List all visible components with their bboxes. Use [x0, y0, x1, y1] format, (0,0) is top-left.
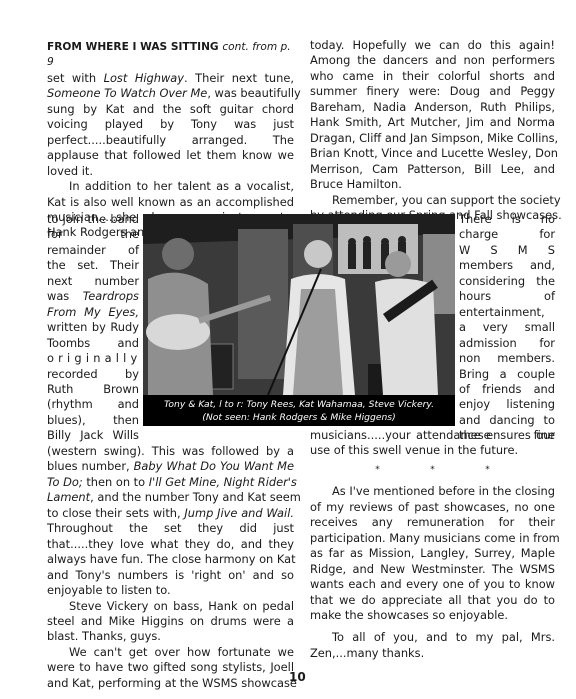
text-line: Bruce Hamilton.: [310, 177, 555, 192]
text-line: loved it.: [47, 164, 294, 179]
text-line: was Teardrops: [47, 289, 139, 304]
text-line: Merrison, Cam Patterson, Bill Lee, and: [310, 162, 555, 177]
text-line: recorded by: [47, 367, 139, 382]
left-column: FROM WHERE I WAS SITTING cont. from p. 9…: [47, 40, 294, 241]
text-line: voicing played by Tony was just: [47, 117, 294, 132]
text-line: To all of you, and to my pal, Mrs.: [310, 630, 555, 645]
text-line: were to have two gifted song stylists, J…: [47, 660, 294, 675]
right-column: today. Hopefully we can do this again! A…: [310, 38, 555, 223]
text-line: of my reviews of past showcases, no one: [310, 500, 555, 515]
text-line: summer finery were: Doug and Peggy: [310, 84, 555, 99]
text-line: entertainment,: [459, 305, 555, 320]
text-line: Brian Knott, Vince and Lucette Wesley, D…: [310, 146, 555, 161]
text-line: and dancing to: [459, 413, 555, 428]
text-line: From My Eyes,: [47, 305, 139, 320]
text-line: blues), then: [47, 413, 139, 428]
right-wrap-text: There is no charge for W S M S members a…: [459, 212, 555, 444]
left-para-1: set with Lost Highway. Their next tune, …: [47, 71, 294, 179]
text-line: We can't get over how fortunate we: [47, 645, 294, 660]
text-line: Someone To Watch Over Me, was beautifull…: [47, 86, 294, 101]
song-title: To Do;: [47, 475, 83, 489]
caption-line: (Not seen: Hank Rodgers & Mike Higgens): [143, 411, 455, 424]
text-line: (rhythm and: [47, 397, 139, 412]
text-line: Remember, you can support the society: [310, 193, 555, 208]
text-line: a very small: [459, 320, 555, 335]
article-heading: FROM WHERE I WAS SITTING cont. from p. 9: [47, 40, 294, 71]
text-line: of friends and: [459, 382, 555, 397]
text-line: and Tony's numbers is 'right on' and so: [47, 568, 294, 583]
text-line: use of this swell venue in the future.: [310, 443, 555, 458]
text-line: blast. Thanks, guys.: [47, 629, 294, 644]
text-line: non members.: [459, 351, 555, 366]
text-line: make the showcases so enjoyable.: [310, 608, 555, 623]
separator-star: *: [430, 463, 435, 478]
text-line: To Do; then on to I'll Get Mine, Night R…: [47, 475, 294, 490]
text-line: Hank Smith, Art Mutcher, Jim and Norma: [310, 115, 555, 130]
song-title: Someone To Watch Over Me: [47, 86, 207, 100]
text-line: musicians.....your attendance ensures ou…: [310, 428, 555, 443]
song-title: Teardrops: [83, 289, 139, 303]
text-line: for the: [47, 227, 139, 242]
text-line: remainder of: [47, 243, 139, 258]
text-line: Dragan, Cliff and Jan Simpson, Mike Coll…: [310, 131, 555, 146]
song-title: I'll Get Mine, Night Rider's: [149, 475, 297, 489]
text-line: Bareham, Nadia Anderson, Ruth Philips,: [310, 100, 555, 115]
text-line: In addition to her talent as a vocalist,: [47, 179, 294, 194]
text-line: hours of: [459, 289, 555, 304]
text-line: Ridge, and New Westminster. The WSMS: [310, 562, 555, 577]
left-wrap-text: to join the band for the remainder of th…: [47, 212, 139, 444]
page-number: 10: [289, 670, 306, 684]
text-line: Bring a couple: [459, 367, 555, 382]
text-line: sung by Kat and the soft guitar chord: [47, 102, 294, 117]
song-title: Baby What Do You Want Me: [134, 459, 294, 473]
section-separator: * * *: [310, 459, 555, 484]
song-title: Lament: [47, 490, 90, 504]
text-line: Steve Vickery on bass, Hank on pedal: [47, 599, 294, 614]
text-line: Among the dancers and non performers: [310, 53, 555, 68]
text-line: participation. Many musicians come in fr…: [310, 531, 555, 546]
text-line: to join the band: [47, 212, 139, 227]
text-line: that we do appreciate all that you do to: [310, 593, 555, 608]
song-title: Lost Highway: [104, 71, 184, 85]
left-column-lower: (western swing). This was followed by a …: [47, 444, 294, 691]
text-line: admission for: [459, 336, 555, 351]
text-line: to close their sets with, Jump Jive and …: [47, 506, 294, 521]
text-line: next number: [47, 274, 139, 289]
text-line: Throughout the set they did just: [47, 521, 294, 536]
text-line: Billy Jack Wills: [47, 428, 139, 443]
text-line: members and,: [459, 258, 555, 273]
text-line: originally: [47, 351, 139, 366]
heading-title: FROM WHERE I WAS SITTING: [47, 41, 219, 53]
song-title: From My Eyes,: [47, 305, 139, 319]
text-line: Lament, and the number Tony and Kat seem: [47, 490, 294, 505]
text-line: Kat is also well known as an accomplishe…: [47, 195, 294, 210]
text-line: There is no: [459, 212, 555, 227]
text-line: enjoy listening: [459, 397, 555, 412]
text-line: and Kat, performing at the WSMS showcase: [47, 676, 294, 691]
text-line: as far as Mission, Langley, Surrey, Mapl…: [310, 546, 555, 561]
text-line: always have fun. The close harmony on Ka…: [47, 552, 294, 567]
text-line: considering the: [459, 274, 555, 289]
text-line: blues number, Baby What Do You Want Me: [47, 459, 294, 474]
text-line: that.....they love what they do, and the…: [47, 537, 294, 552]
right-column-lower: musicians.....your attendance ensures ou…: [310, 428, 555, 661]
separator-star: *: [485, 463, 490, 478]
text-line: charge for: [459, 227, 555, 242]
text-line: who came in their colorful shorts and: [310, 69, 555, 84]
text-line: Ruth Brown: [47, 382, 139, 397]
photo-caption: Tony & Kat, l to r: Tony Rees, Kat Waham…: [143, 395, 455, 426]
text-line: W S M S: [459, 243, 555, 258]
text-line: applause that followed let them know we: [47, 148, 294, 163]
caption-line: Tony & Kat, l to r: Tony Rees, Kat Waham…: [143, 398, 455, 411]
band-photo: Tony & Kat, l to r: Tony Rees, Kat Waham…: [143, 214, 455, 426]
text-line: Zen,...many thanks.: [310, 646, 555, 661]
song-title: Jump Jive and Wail.: [184, 506, 294, 520]
text-line: enjoyable to listen to.: [47, 583, 294, 598]
separator-star: *: [375, 463, 380, 478]
text-line: (western swing). This was followed by a: [47, 444, 294, 459]
text-line: perfect.....beautifully arranged. The: [47, 133, 294, 148]
text-line: written by Rudy: [47, 320, 139, 335]
text-line: steel and Mike Higgins on drums were a: [47, 614, 294, 629]
text-line: As I've mentioned before in the closing: [310, 484, 555, 499]
text-line: the set. Their: [47, 258, 139, 273]
text-line: Toombs and: [47, 336, 139, 351]
text-line: receives any remuneration for their: [310, 515, 555, 530]
text-line: wants each and every one of you to know: [310, 577, 555, 592]
text-line: today. Hopefully we can do this again!: [310, 38, 555, 53]
text-line: set with Lost Highway. Their next tune,: [47, 71, 294, 86]
